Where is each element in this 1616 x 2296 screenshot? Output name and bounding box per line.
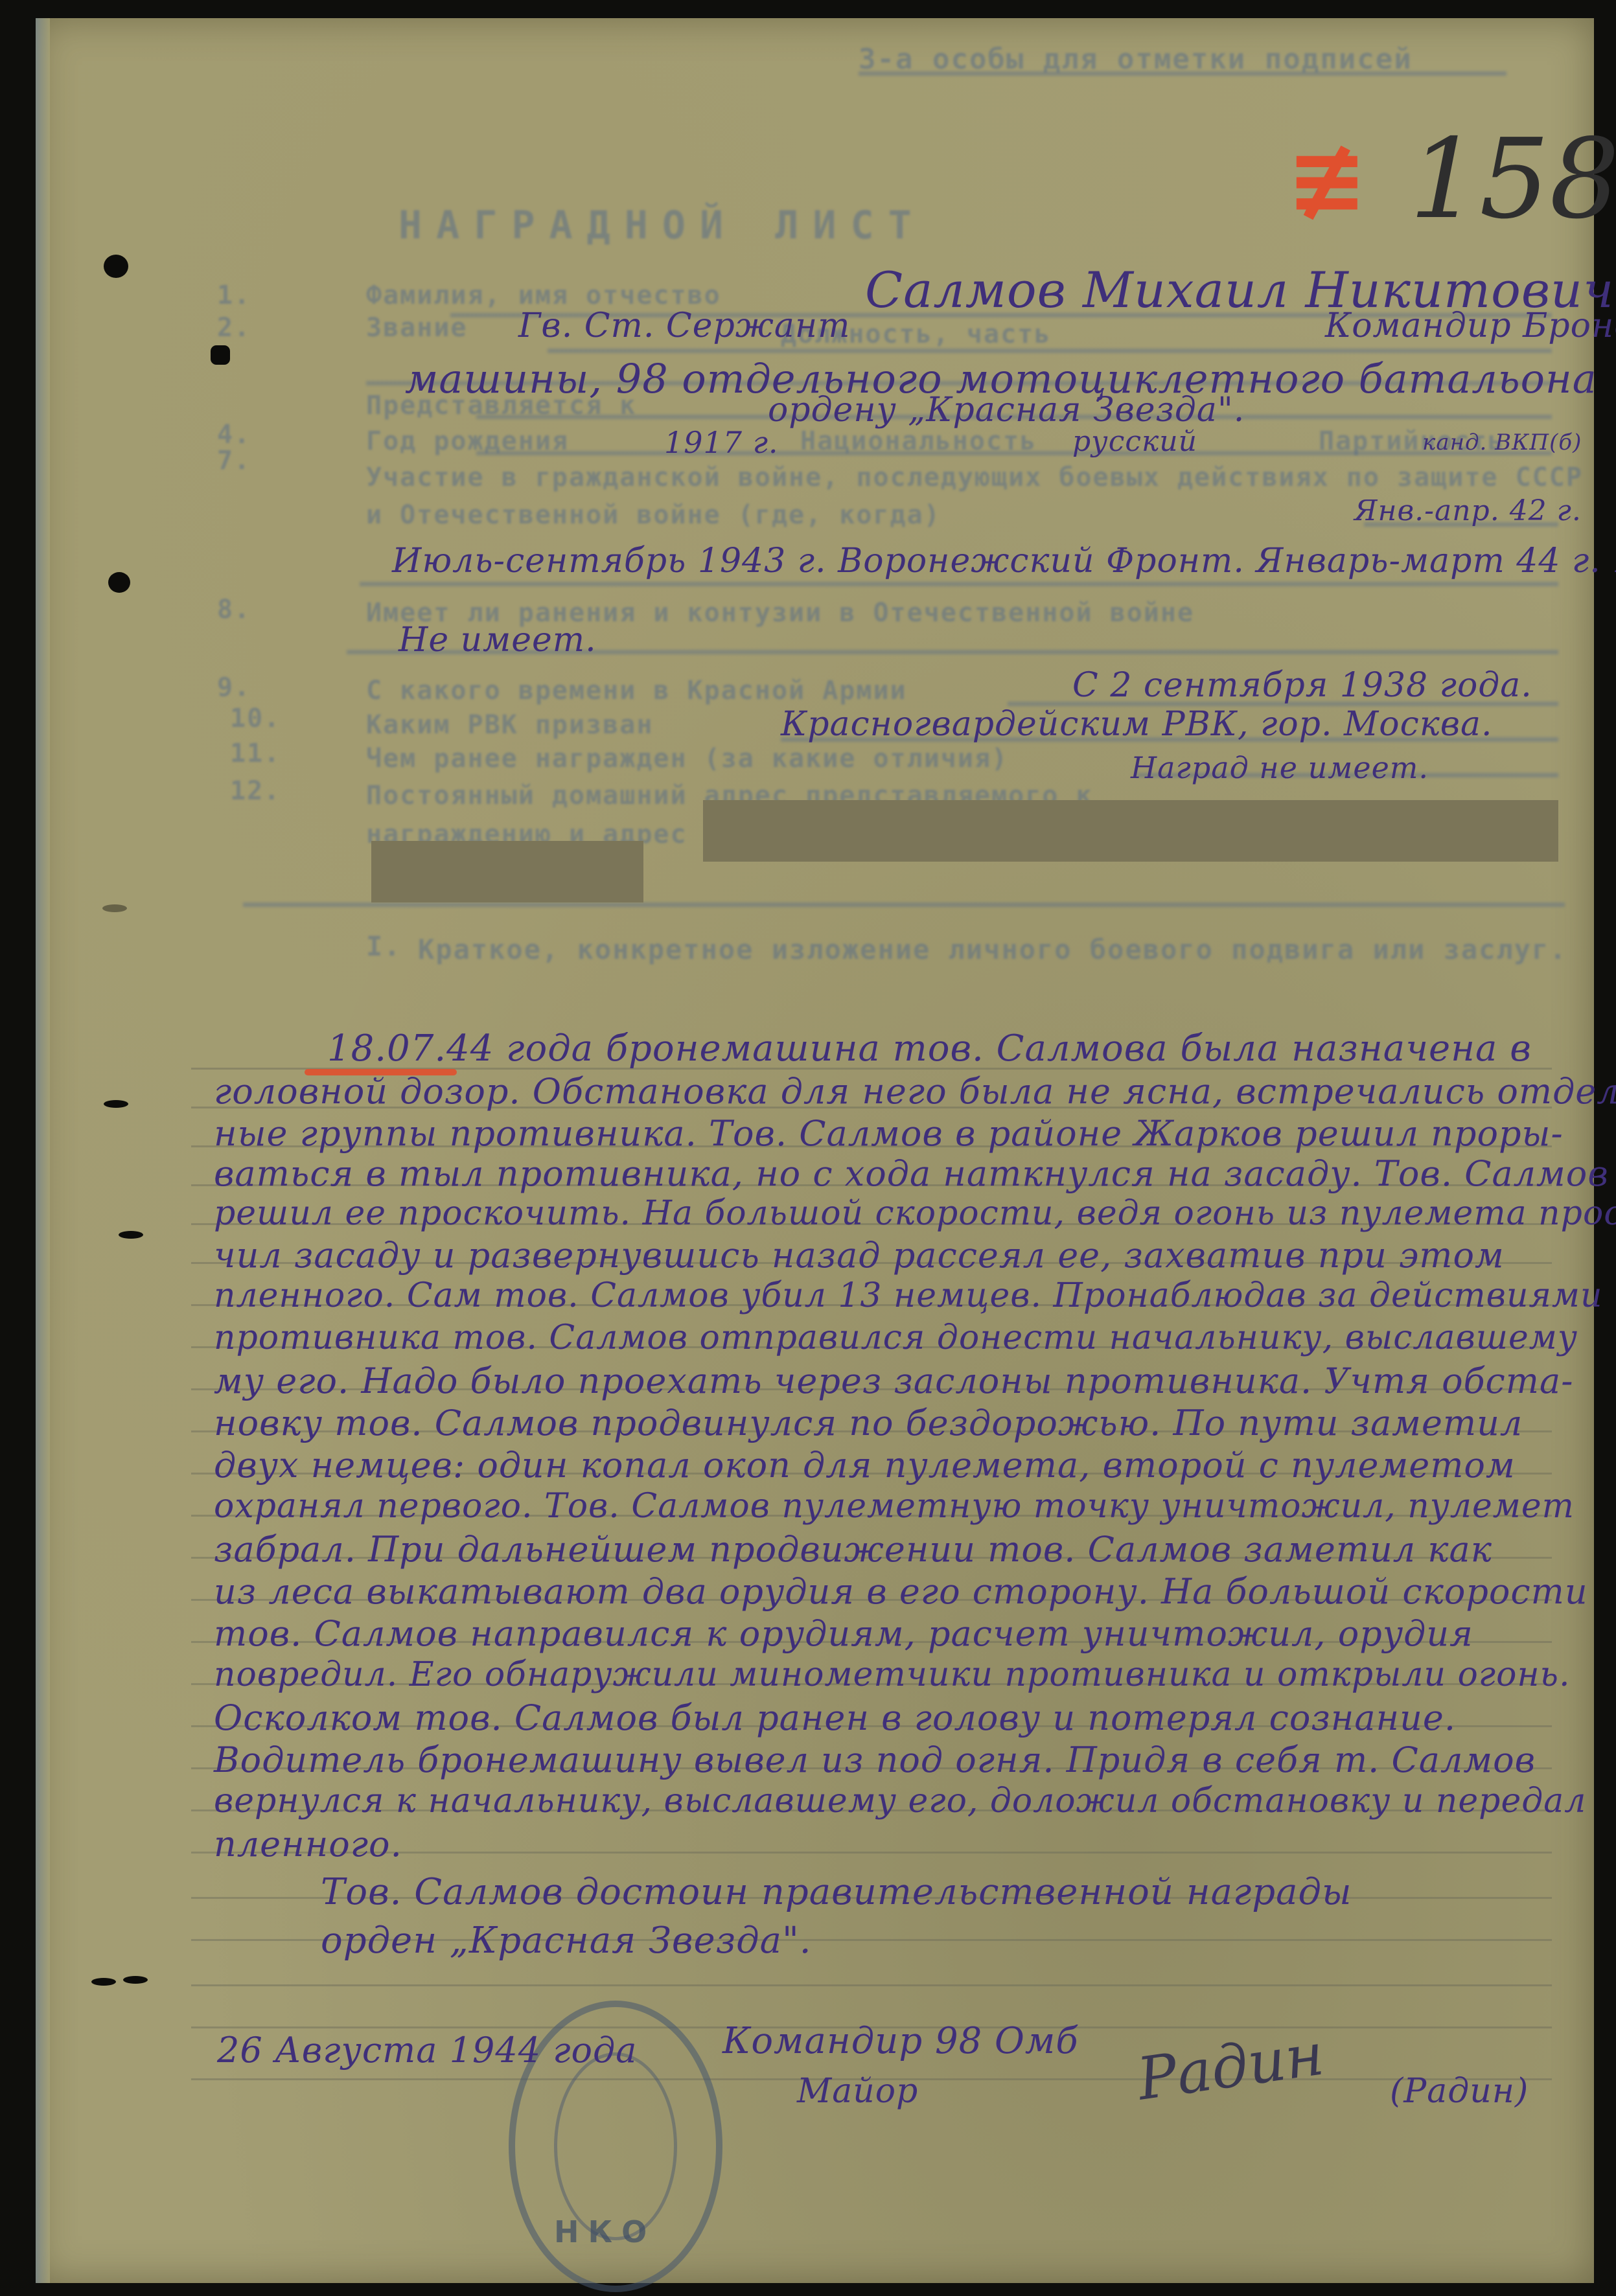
- signature: Радин: [1133, 2020, 1328, 2113]
- field-value-participation-1: Янв.-апр. 42 г.: [1354, 494, 1582, 527]
- field-value-award: ордену „Красная Звезда".: [768, 391, 1245, 430]
- narrative-line: повредил. Его обнаружили минометчики про…: [214, 1655, 1570, 1694]
- narrative-line: Осколком тов. Салмов был ранен в голову …: [214, 1697, 1456, 1738]
- archive-number: 158: [1409, 115, 1616, 244]
- hole-punch: [119, 1231, 143, 1239]
- field-value-rvk: Красногвардейским РВК, гор. Москва.: [781, 705, 1493, 744]
- redacted-address-2: [371, 841, 643, 902]
- narrative-line: 18.07.44 года бронемашина тов. Салмова б…: [327, 1027, 1532, 1070]
- hole-punch: [91, 1978, 116, 1986]
- red-pencil-mark: ≢: [1286, 132, 1368, 229]
- footer-position: Командир 98 Омб: [722, 2020, 1079, 2062]
- narrative-line: ваться в тыл противника, но с хода наткн…: [214, 1153, 1609, 1194]
- page-title: НАГРАДНОЙ ЛИСТ: [398, 203, 926, 248]
- stamp-text: НКО: [554, 2214, 656, 2249]
- narrative-line: ные группы противника. Тов. Салмов в рай…: [214, 1113, 1564, 1154]
- hole-punch: [104, 255, 128, 278]
- field-num: 7.: [217, 446, 251, 476]
- field-value-party: канд. ВКП(б): [1422, 430, 1582, 455]
- conclusion-line: орден „Красная Звезда".: [321, 1920, 812, 1962]
- field-value-prior-awards: Наград не имеет.: [1131, 750, 1429, 785]
- page-edge: [36, 18, 50, 2283]
- document-page: 3-а особы для отметки подписей ≢ 158 НАГ…: [36, 18, 1594, 2283]
- field-value-service: С 2 сентября 1938 года.: [1072, 666, 1532, 705]
- narrative-line: решил ее проскочить. На большой скорости…: [214, 1194, 1616, 1233]
- hole-punch: [123, 1976, 148, 1984]
- redacted-address: [703, 800, 1558, 862]
- narrative-line: Водитель бронемашину вывел из под огня. …: [214, 1739, 1536, 1780]
- footer-signature-name: (Радин): [1390, 2072, 1529, 2111]
- field-num: 8.: [217, 595, 251, 625]
- field-num: 11.: [230, 739, 281, 768]
- narrative-line: охранял первого. Тов. Салмов пулеметную …: [214, 1487, 1575, 1526]
- narrative-line: двух немцев: один копал окоп для пулемет…: [214, 1445, 1516, 1486]
- field-label-service: С какого времени в Красной Армии: [366, 676, 907, 706]
- field-value-participation-2: Июль-сентябрь 1943 г. Воронежский Фронт.…: [392, 542, 1616, 580]
- narrative-line: тов. Салмов направился к орудиям, расчет…: [214, 1613, 1473, 1654]
- narrative-line: из леса выкатывают два орудия в его стор…: [214, 1571, 1588, 1612]
- hole-punch: [104, 1100, 128, 1108]
- field-value-position: Командир Броне-: [1325, 306, 1616, 345]
- section-heading: Краткое, конкретное изложение личного бо…: [418, 930, 1567, 969]
- official-stamp-inner: [554, 2052, 677, 2240]
- narrative-line: головной дозор. Обстановка для него была…: [214, 1071, 1616, 1112]
- narrative-line: вернулся к начальнику, выславшему его, д…: [214, 1782, 1586, 1820]
- narrative-line: противника тов. Салмов отправился донест…: [214, 1318, 1578, 1357]
- field-value-rank: Гв. Ст. Сержант: [518, 306, 850, 345]
- narrative-line: чил засаду и развернувшись назад рассеял…: [214, 1235, 1505, 1276]
- archive-header-underline: [859, 71, 1506, 76]
- hole-punch: [102, 904, 127, 912]
- field-value-birth: 1917 г.: [664, 425, 779, 460]
- narrative-line: новку тов. Салмов продвинулся по бездоро…: [214, 1403, 1523, 1443]
- narrative-line: му его. Надо было проехать через заслоны…: [214, 1360, 1573, 1401]
- footer-date: 26 Августа 1944 года: [217, 2030, 637, 2071]
- field-num: 12.: [230, 776, 281, 806]
- field-num: 2.: [217, 313, 251, 343]
- field-num: 1.: [217, 281, 251, 310]
- field-value-nationality: русский: [1072, 425, 1197, 458]
- conclusion-line: Тов. Салмов достоин правительственной на…: [321, 1871, 1352, 1913]
- section-num: I.: [366, 930, 402, 962]
- field-num: 9.: [217, 672, 251, 702]
- footer-rank: Майор: [797, 2072, 918, 2111]
- hole-punch: [108, 572, 130, 593]
- field-value-wounds: Не имеет.: [398, 621, 597, 660]
- field-num: 10.: [230, 704, 281, 733]
- narrative-line: пленного. Сам тов. Салмов убил 13 немцев…: [214, 1276, 1602, 1315]
- narrative-line: пленного.: [214, 1824, 402, 1865]
- field-label-rvk: Каким РВК призван: [366, 710, 653, 740]
- hole-punch: [211, 345, 230, 365]
- narrative-line: забрал. При дальнейшем продвижении тов. …: [214, 1529, 1492, 1570]
- field-label-prior-awards: Чем ранее награжден (за какие отличия): [366, 744, 1008, 774]
